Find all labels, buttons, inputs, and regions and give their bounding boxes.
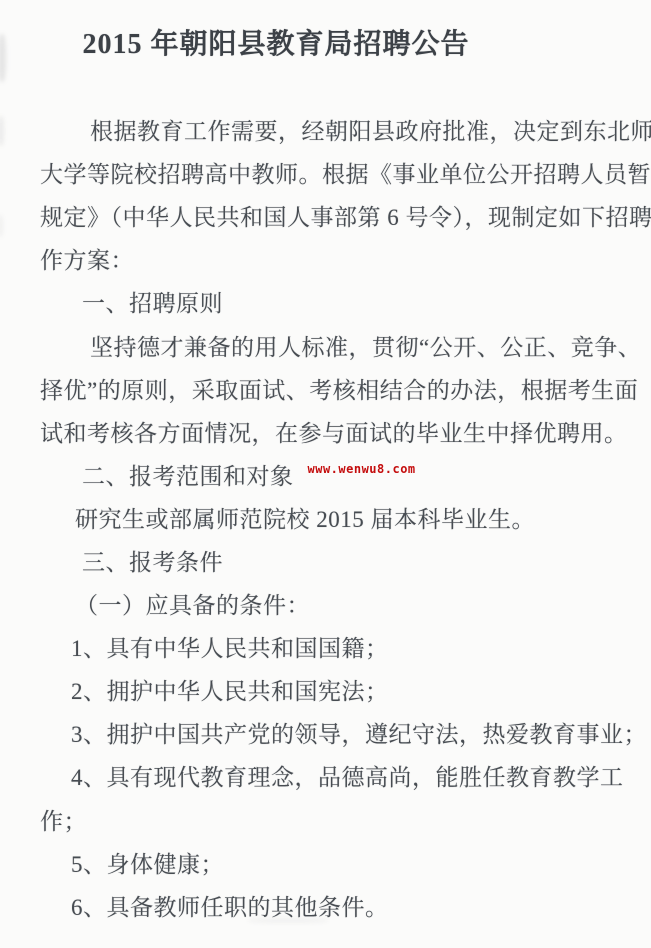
- line-text: 1、具有中华人民共和国国籍；: [71, 630, 389, 663]
- text-line: 4、具有现代教育理念，品德高尚，能胜任教育教学工: [40, 754, 612, 797]
- document-body: 根据教育工作需要，经朝阳县政府批准，决定到东北师范 大学等院校招聘高中教师。根据…: [40, 108, 612, 927]
- text-line: 大学等院校招聘高中教师。根据《事业单位公开招聘人员暂行: [40, 151, 612, 194]
- document-page: 2015 年朝阳县教育局招聘公告 根据教育工作需要，经朝阳县政府批准，决定到东北…: [0, 0, 651, 948]
- line-text: 研究生或部属师范院校 2015 届本科毕业生。: [75, 501, 535, 534]
- line-text: 二、报考范围和对象: [82, 458, 294, 491]
- line-text: 一、招聘原则: [82, 285, 223, 318]
- scan-smudge-icon: [0, 116, 4, 146]
- text-line: 择优”的原则，采取面试、考核相结合的办法，根据考生面: [40, 367, 612, 410]
- line-text: 根据教育工作需要，经朝阳县政府批准，决定到东北师范: [90, 113, 651, 146]
- text-line: 坚持德才兼备的用人标准，贯彻“公开、公正、竞争、: [40, 323, 612, 366]
- line-text: 三、报考条件: [82, 544, 223, 577]
- scan-smudge-icon: [0, 215, 3, 237]
- text-line: 根据教育工作需要，经朝阳县政府批准，决定到东北师范: [40, 108, 612, 151]
- text-line: 规定》（中华人民共和国人事部第 6 号令），现制定如下招聘工: [40, 194, 612, 237]
- text-line: 试和考核各方面情况，在参与面试的毕业生中择优聘用。: [40, 410, 612, 453]
- text-line: 2、拥护中华人民共和国宪法；: [40, 668, 612, 711]
- text-line: 三、报考条件: [40, 539, 612, 582]
- line-text: 6、具备教师任职的其他条件。: [71, 889, 389, 922]
- page-title: 2015 年朝阳县教育局招聘公告: [0, 22, 552, 62]
- text-line: 二、报考范围和对象 www.wenwu8.com: [40, 453, 612, 496]
- line-text: （一）应具备的条件：: [75, 587, 310, 620]
- line-text: 择优”的原则，采取面试、考核相结合的办法，根据考生面: [40, 372, 638, 405]
- line-text: 试和考核各方面情况，在参与面试的毕业生中择优聘用。: [40, 415, 628, 448]
- text-line: 1、具有中华人民共和国国籍；: [40, 625, 612, 668]
- line-text: 作方案：: [40, 242, 134, 275]
- text-line: 5、身体健康；: [40, 841, 612, 884]
- text-line: 作方案：: [40, 237, 612, 280]
- text-line: 一、招聘原则: [40, 280, 612, 323]
- line-text: 4、具有现代教育理念，品德高尚，能胜任教育教学工: [71, 759, 624, 792]
- line-text: 5、身体健康；: [71, 846, 224, 879]
- text-line: 作；: [40, 798, 612, 841]
- text-line: 研究生或部属师范院校 2015 届本科毕业生。: [40, 496, 612, 539]
- text-line: 6、具备教师任职的其他条件。: [40, 884, 612, 927]
- text-line: 3、拥护中国共产党的领导，遵纪守法，热爱教育事业；: [40, 711, 612, 754]
- watermark: www.wenwu8.com: [308, 462, 416, 476]
- line-text: 规定》（中华人民共和国人事部第 6 号令），现制定如下招聘工: [40, 199, 651, 232]
- line-text: 坚持德才兼备的用人标准，贯彻“公开、公正、竞争、: [90, 329, 641, 362]
- line-text: 2、拥护中华人民共和国宪法；: [71, 673, 389, 706]
- text-line: （一）应具备的条件：: [40, 582, 612, 625]
- line-text: 作；: [40, 803, 87, 836]
- line-text: 大学等院校招聘高中教师。根据《事业单位公开招聘人员暂行: [40, 156, 651, 189]
- line-text: 3、拥护中国共产党的领导，遵纪守法，热爱教育事业；: [71, 716, 647, 749]
